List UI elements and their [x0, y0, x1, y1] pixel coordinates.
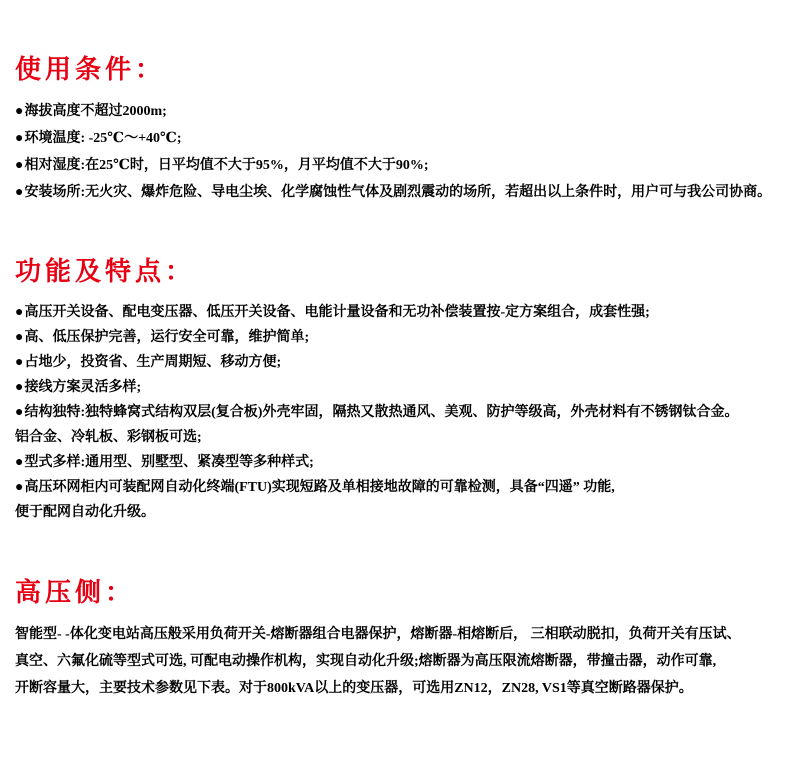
section-features: 功能及特点： ●高压开关设备、配电变压器、低压开关设备、电能计量设备和无功补偿装… — [15, 256, 788, 525]
bullet-icon: ● — [15, 131, 23, 146]
bullet-text: 型式多样:通用型、别墅型、紧凑型等多种样式; — [24, 455, 313, 470]
features-heading: 功能及特点： — [15, 256, 788, 288]
bullet-icon: ● — [15, 330, 23, 345]
bullet-icon: ● — [15, 158, 23, 173]
bullet-text: 高压环网柜内可装配网自动化终端(FTU)实现短路及单相接地故障的可靠检测，具备“… — [15, 480, 615, 520]
list-item: ●型式多样:通用型、别墅型、紧凑型等多种样式; — [15, 450, 788, 475]
list-item: ●安装场所:无火灾、爆炸危险、导电尘埃、化学腐蚀性气体及剧烈震动的场所，若超出以… — [15, 179, 788, 206]
bullet-text: 环境温度: -25℃～+40℃; — [24, 131, 181, 146]
bullet-text: 高压开关设备、配电变压器、低压开关设备、电能计量设备和无功补偿装置按-定方案组合… — [24, 305, 649, 320]
bullet-text: 海拔高度不超过2000m; — [24, 104, 166, 119]
list-item: ●结构独特:独特蜂窝式结构双层(复合板)外壳牢固，隔热又散热通风、美观、防护等级… — [15, 400, 788, 450]
bullet-text: 安装场所:无火灾、爆炸危险、导电尘埃、化学腐蚀性气体及剧烈震动的场所，若超出以上… — [24, 185, 771, 200]
usage-conditions-list: ●海拔高度不超过2000m; ●环境温度: -25℃～+40℃; ●相对湿度:在… — [15, 98, 788, 206]
section-hv-side: 高压侧： 智能型- -体化变电站高压般采用负荷开关-熔断器组合电器保护，熔断器-… — [15, 577, 788, 702]
bullet-text: 占地少，投资省、生产周期短、移动方便; — [24, 355, 281, 370]
list-item: ●高、低压保护完善，运行安全可靠，维护简单; — [15, 325, 788, 350]
section-usage-conditions: 使用条件： ●海拔高度不超过2000m; ●环境温度: -25℃～+40℃; ●… — [15, 54, 788, 206]
bullet-text: 相对湿度:在25℃时，日平均值不大于95%，月平均值不大于90%; — [24, 158, 428, 173]
bullet-text: 高、低压保护完善，运行安全可靠，维护简单; — [24, 330, 309, 345]
bullet-icon: ● — [15, 355, 23, 370]
bullet-icon: ● — [15, 380, 23, 395]
bullet-text: 接线方案灵活多样; — [24, 380, 141, 395]
bullet-icon: ● — [15, 185, 23, 200]
list-item: ●相对湿度:在25℃时，日平均值不大于95%，月平均值不大于90%; — [15, 152, 788, 179]
bullet-icon: ● — [15, 405, 23, 420]
bullet-text: 结构独特:独特蜂窝式结构双层(复合板)外壳牢固，隔热又散热通风、美观、防护等级高… — [15, 405, 738, 445]
hv-side-heading: 高压侧： — [15, 577, 788, 609]
document-page: 使用条件： ●海拔高度不超过2000m; ●环境温度: -25℃～+40℃; ●… — [0, 0, 800, 763]
list-item: ●环境温度: -25℃～+40℃; — [15, 125, 788, 152]
list-item: ●海拔高度不超过2000m; — [15, 98, 788, 125]
features-list: ●高压开关设备、配电变压器、低压开关设备、电能计量设备和无功补偿装置按-定方案组… — [15, 300, 788, 525]
bullet-icon: ● — [15, 455, 23, 470]
bullet-icon: ● — [15, 480, 23, 495]
list-item: ●占地少，投资省、生产周期短、移动方便; — [15, 350, 788, 375]
bullet-icon: ● — [15, 305, 23, 320]
hv-side-paragraph: 智能型- -体化变电站高压般采用负荷开关-熔断器组合电器保护，熔断器-相熔断后，… — [15, 621, 788, 702]
usage-conditions-heading: 使用条件： — [15, 54, 788, 86]
list-item: ●接线方案灵活多样; — [15, 375, 788, 400]
list-item: ●高压环网柜内可装配网自动化终端(FTU)实现短路及单相接地故障的可靠检测，具备… — [15, 475, 788, 525]
list-item: ●高压开关设备、配电变压器、低压开关设备、电能计量设备和无功补偿装置按-定方案组… — [15, 300, 788, 325]
bullet-icon: ● — [15, 104, 23, 119]
